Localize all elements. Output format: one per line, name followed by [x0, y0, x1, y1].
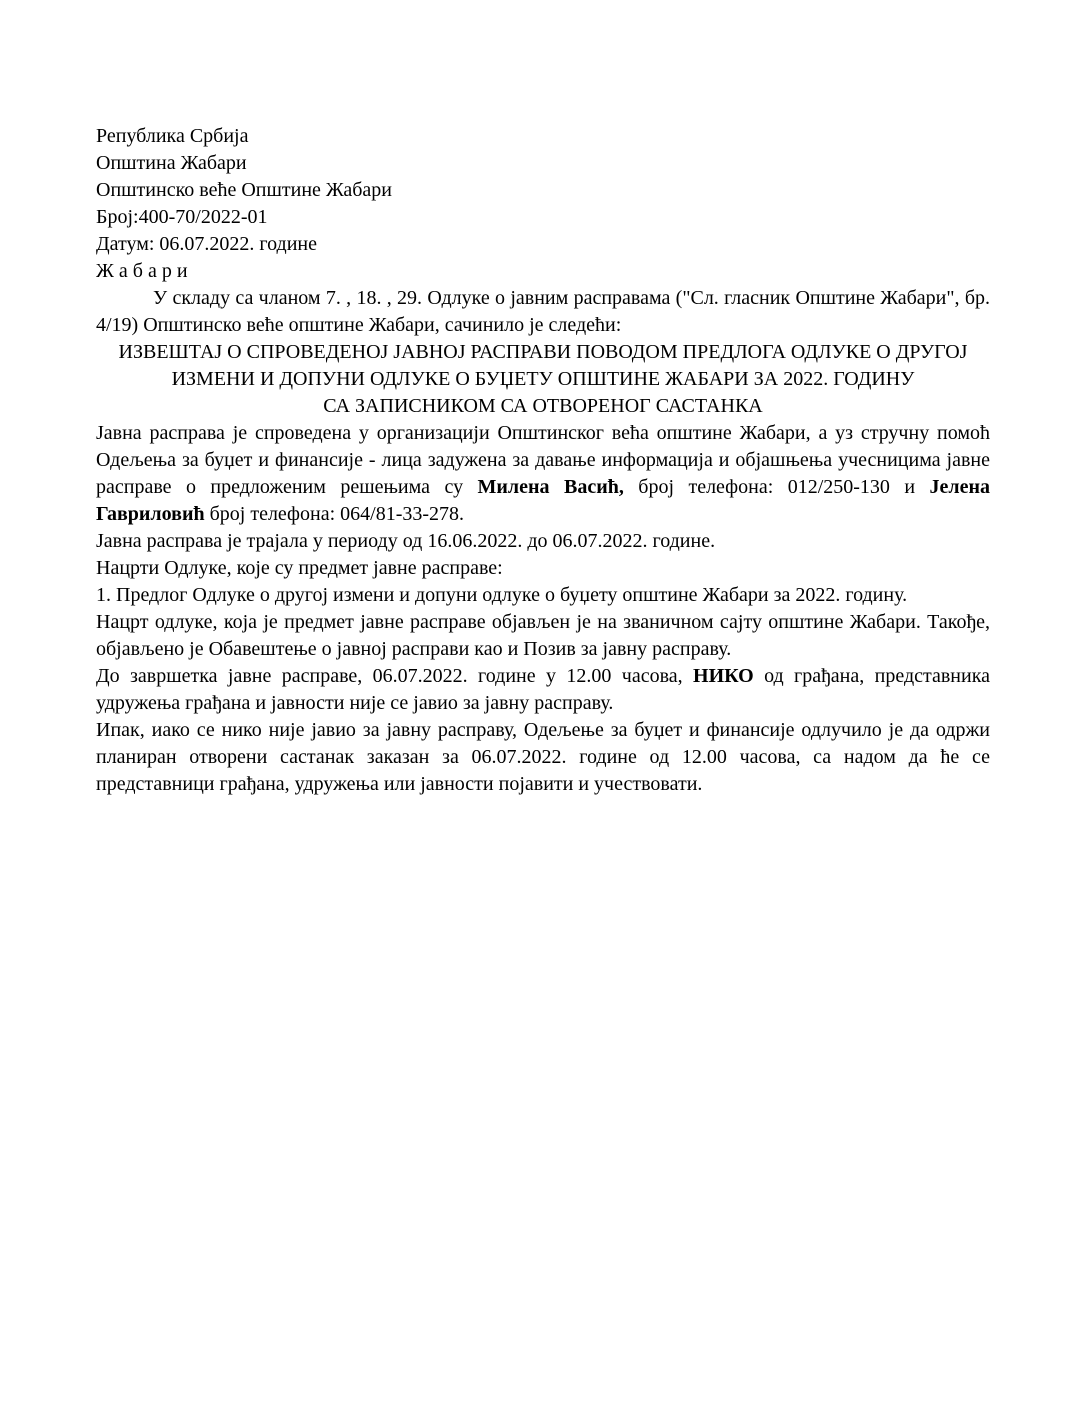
hearing-text-part3: број телефона: 064/81-33-278.: [205, 503, 464, 525]
header-line-date: Датум: 06.07.2022. године: [96, 231, 990, 258]
header-line-number: Број:400-70/2022-01: [96, 204, 990, 231]
intro-paragraph: У складу са чланом 7. , 18. , 29. Одлуке…: [96, 285, 990, 339]
no-applicants-part1: До завршетка јавне расправе, 06.07.2022.…: [96, 665, 693, 687]
open-meeting-paragraph: Ипак, иако се нико није јавио за јавну р…: [96, 717, 990, 798]
document-title: ИЗВЕШТАЈ О СПРОВЕДЕНОЈ ЈАВНОЈ РАСПРАВИ П…: [96, 339, 990, 393]
hearing-organization-paragraph: Јавна расправа је спроведена у организац…: [96, 420, 990, 528]
header-line-council: Општинско веће Општине Жабари: [96, 177, 990, 204]
document-subtitle: СА ЗАПИСНИКОМ СА ОТВОРЕНОГ САСТАНКА: [96, 393, 990, 420]
header-line-country: Република Србија: [96, 123, 990, 150]
header-line-place: Ж а б а р и: [96, 258, 990, 285]
document-page: Република Србија Општина Жабари Општинск…: [0, 0, 1088, 1408]
header-line-municipality: Општина Жабари: [96, 150, 990, 177]
publication-paragraph: Нацрт одлуке, која је предмет јавне расп…: [96, 609, 990, 663]
contact-name-1: Милена Васић,: [478, 476, 624, 498]
draft-item-1: 1. Предлог Одлуке о другој измени и допу…: [96, 582, 990, 609]
no-applicants-paragraph: До завршетка јавне расправе, 06.07.2022.…: [96, 663, 990, 717]
drafts-label: Нацрти Одлуке, које су предмет јавне рас…: [96, 555, 990, 582]
hearing-duration-paragraph: Јавна расправа је трајала у периоду од 1…: [96, 528, 990, 555]
document-header: Република Србија Општина Жабари Општинск…: [96, 123, 990, 285]
hearing-text-part2: број телефона: 012/250-130 и: [624, 476, 930, 498]
no-applicants-emphasis: НИКО: [693, 665, 754, 687]
